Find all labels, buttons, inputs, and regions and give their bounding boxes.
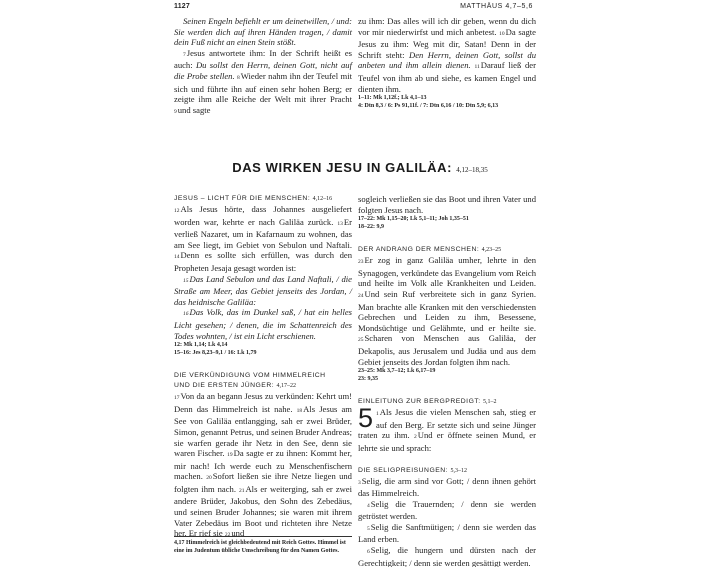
verse-number: 20	[206, 475, 212, 481]
verse-22-cont: sogleich verließen sie das Boot und ihre…	[358, 194, 536, 215]
verse-number: 10	[499, 31, 505, 37]
verse-number: 24	[358, 293, 364, 299]
section-title-proclamation: DIE VERKÜNDIGUNG VOM HIMMELREICH UND DIE…	[174, 371, 352, 391]
cross-references: 1–11: Mk 1,12f.; Lk 4,1–13 4: Dtn 8,3 / …	[358, 94, 536, 110]
verse-number: 5	[367, 526, 370, 532]
main-heading-ref: 4,12–18,35	[456, 166, 488, 174]
verse-number: 9	[174, 109, 177, 115]
cross-references: 12: Mk 1,14; Lk 4,14 15–16: Jes 8,23–9,1…	[174, 341, 352, 357]
verses-23-25: 23Er zog in ganz Galiläa umher, lehrte i…	[358, 255, 536, 367]
verse-9-cont: zu ihm: Das alles will ich dir geben, we…	[358, 16, 536, 94]
verse-number: 16	[183, 311, 189, 317]
section-title-sermon: EINLEITUNG ZUR BERGPREDIGT: 5,1–2	[358, 397, 536, 407]
verse-number: 18	[297, 408, 303, 414]
verse-number: 8	[237, 75, 240, 81]
spacer	[174, 357, 352, 371]
verse-15: 15Das Land Sebulon und das Land Naftali,…	[174, 274, 352, 308]
main-heading-title: DAS WIRKEN JESU IN GALILÄA:	[232, 160, 452, 175]
verse-number: 15	[183, 278, 189, 284]
verse-number: 13	[337, 221, 343, 227]
psalm-quote: Seinen Engeln befiehlt er um deinetwille…	[174, 16, 352, 48]
verses-12-14: 12Als Jesus hörte, dass Johannes ausgeli…	[174, 204, 352, 274]
verse-number: 19	[227, 452, 233, 458]
running-head: MATTHÄUS 4,7–5,6	[460, 3, 533, 10]
right-main-column: sogleich verließen sie das Boot und ihre…	[358, 194, 536, 567]
verse-5: 5Selig die Sanftmütigen; / denn sie werd…	[358, 522, 536, 545]
verse-number: 17	[174, 395, 180, 401]
verse-number: 7	[183, 52, 186, 58]
verse-number: 6	[367, 549, 370, 555]
chapter-number: 5	[358, 408, 373, 428]
left-main-column: JESUS – LICHT FÜR DIE MENSCHEN: 4,12–16 …	[174, 194, 352, 541]
verse-number: 14	[174, 254, 180, 260]
verse-number: 12	[174, 208, 180, 214]
verse-number: 25	[358, 337, 364, 343]
verse-number: 11	[474, 64, 479, 70]
top-right-column: zu ihm: Das alles will ich dir geben, we…	[358, 16, 536, 110]
verse-number: 4	[367, 503, 370, 509]
footnote: 4,17 Himmelreich ist gleichbedeutend mit…	[174, 540, 352, 555]
verse-4: 4Selig die Trauernden; / denn sie werden…	[358, 499, 536, 522]
verse-7: 7Jesus antwortete ihm: In der Schrift he…	[174, 48, 352, 118]
section-title-crowds: DER ANDRANG DER MENSCHEN: 4,23–25	[358, 245, 536, 255]
verse-number: 2	[414, 434, 417, 440]
verses-17-22: 17Von da an begann Jesus zu verkünden: K…	[174, 391, 352, 541]
top-left-column: Seinen Engeln befiehlt er um deinetwille…	[174, 16, 352, 117]
verse-number: 23	[358, 259, 364, 265]
spacer	[358, 231, 536, 245]
cross-references: 17–22: Mk 1,15–20; Lk 5,1–11; Joh 1,35–5…	[358, 215, 536, 231]
verse-number: 1	[376, 411, 379, 417]
verse-6: 6Selig, die hungern und dürsten nach der…	[358, 545, 536, 567]
verse-16: 16Das Volk, das im Dunkel saß, / hat ein…	[174, 307, 352, 341]
spacer	[358, 383, 536, 397]
spacer	[358, 454, 536, 466]
verse-3: 3Selig, die arm sind vor Gott; / denn ih…	[358, 476, 536, 499]
page-number: 1127	[174, 3, 190, 10]
main-heading: DAS WIRKEN JESU IN GALILÄA: 4,12–18,35	[170, 160, 550, 175]
cross-references: 23–25: Mk 3,7–12; Lk 6,17–19 23: 9,35	[358, 367, 536, 383]
section-title-light: JESUS – LICHT FÜR DIE MENSCHEN: 4,12–16	[174, 194, 352, 204]
section-title-beatitudes: DIE SELIGPREISUNGEN: 5,3–12	[358, 466, 536, 476]
verse-number: 3	[358, 480, 361, 486]
verse-number: 21	[239, 488, 245, 494]
verses-5-1-2: 5 1Als Jesus die vielen Menschen sah, st…	[358, 407, 536, 453]
footnote-divider	[174, 536, 352, 537]
